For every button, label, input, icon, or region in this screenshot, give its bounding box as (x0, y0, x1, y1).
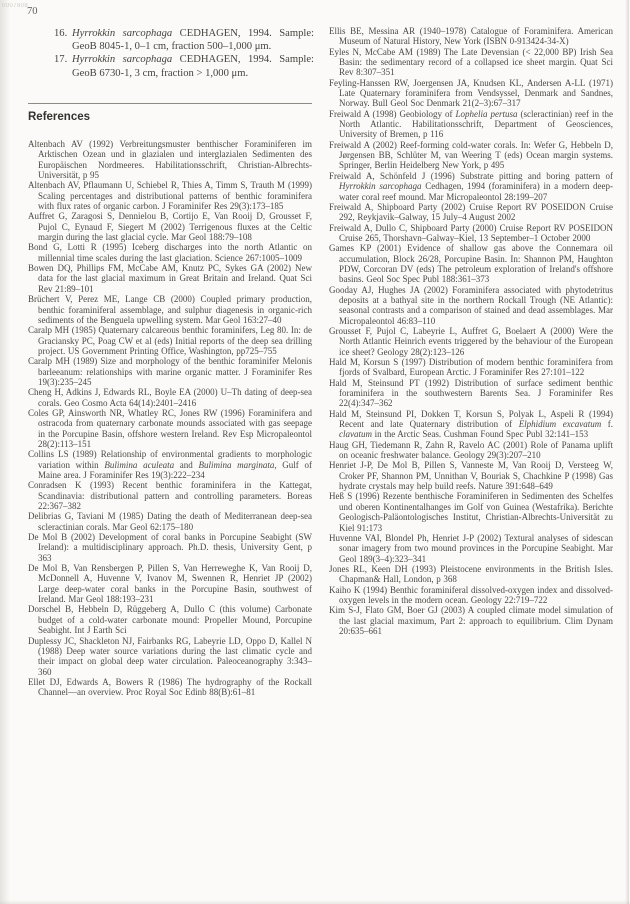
species-name: Elphidium excavatum (519, 419, 602, 429)
reference-entry: Brüchert V, Perez ME, Lange CB (2000) Co… (28, 294, 312, 325)
reference-text: De Mol B (2002) Development of coral ban… (28, 532, 312, 563)
species-name: Lophelia pertusa (456, 109, 518, 119)
paper-page: 0007808 70 16.Hyrrokkin sarcophaga CEDHA… (0, 0, 630, 904)
reference-text: Freiwald A, Shipboard Party (2002) Cruis… (329, 202, 613, 222)
reference-entry: Altenbach AV, Pflaumann U, Schiebel R, T… (28, 180, 312, 211)
reference-text: Cheng H, Adkins J, Edwards RL, Boyle EA … (28, 387, 312, 407)
reference-text: Haug GH, Tiedemann R, Zahn R, Ravelo AC … (329, 440, 613, 460)
reference-text: Kim S-J, Flato GM, Boer GJ (2003) A coup… (329, 605, 613, 636)
reference-text: f. (601, 419, 613, 429)
scan-edge-right (625, 0, 629, 904)
reference-entry: Huvenne VAI, Blondel Ph, Henriet J-P (20… (329, 533, 613, 564)
reference-entry: Bowen DQ, Phillips FM, McCabe AM, Knutz … (28, 263, 312, 294)
reference-entry: Duplessy JC, Shackleton NJ, Fairbanks RG… (28, 636, 312, 677)
reference-text: Henriet J-P, De Mol B, Pillen S, Vannest… (329, 460, 613, 491)
reference-text: Games KP (2001) Evidence of shallow gas … (329, 243, 613, 284)
reference-text: Brüchert V, Perez ME, Lange CB (2000) Co… (28, 294, 312, 325)
scan-artifact-text: 0007808 (2, 3, 28, 9)
reference-text: Freiwald A, Schönfeld J (1996) Substrate… (329, 171, 613, 181)
reference-text: Huvenne VAI, Blondel Ph, Henriet J-P (20… (329, 533, 613, 564)
reference-text: Jones RL, Keen DH (1993) Pleistocene env… (329, 564, 613, 584)
reference-entry: Delibrias G, Taviani M (1985) Dating the… (28, 511, 312, 532)
section-divider (28, 103, 312, 104)
reference-entry: Hald M, Korsun S (1997) Distribution of … (329, 357, 613, 378)
reference-text: Eyles N, McCabe AM (1989) The Late Deven… (329, 47, 613, 78)
reference-entry: Altenbach AV (1992) Verbreitungsmuster b… (28, 139, 312, 180)
reference-entry: Freiwald A (2002) Reef-forming cold-wate… (329, 140, 613, 171)
sample-list: 16.Hyrrokkin sarcophaga CEDHAGEN, 1994. … (54, 27, 314, 80)
reference-text: Bowen DQ, Phillips FM, McCabe AM, Knutz … (28, 263, 312, 294)
reference-text: Coles GP, Ainsworth NR, Whatley RC, Jone… (28, 408, 312, 449)
reference-entry: Coles GP, Ainsworth NR, Whatley RC, Jone… (28, 408, 312, 449)
reference-text: Caralp MH (1985) Quaternary calcareous b… (28, 325, 312, 356)
reference-text: De Mol B, Van Rensbergen P, Pillen S, Va… (28, 563, 312, 604)
reference-entry: Freiwald A (1998) Geobiology of Lophelia… (329, 109, 613, 140)
species-name: Hyrrokkin sarcophaga (339, 181, 422, 191)
reference-entry: Caralp MH (1989) Size and morphology of … (28, 356, 312, 387)
reference-entry: Gooday AJ, Hughes JA (2002) Foraminifera… (329, 285, 613, 326)
species-name: Hyrrokkin sarcophaga (72, 54, 172, 65)
species-name: clavatum (339, 429, 372, 439)
reference-text: Altenbach AV (1992) Verbreitungsmuster b… (28, 139, 312, 180)
sample-item-number: 17. (54, 53, 72, 79)
reference-entry: Auffret G, Zaragosi S, Dennielou B, Cort… (28, 211, 312, 242)
reference-entry: Heß S (1996) Rezente benthische Foramini… (329, 491, 613, 532)
reference-entry: Ellis BE, Messina AR (1940–1978) Catalog… (329, 26, 613, 47)
reference-text: Auffret G, Zaragosi S, Dennielou B, Cort… (28, 211, 312, 242)
reference-entry: Kim S-J, Flato GM, Boer GJ (2003) A coup… (329, 605, 613, 636)
species-name: Hyrrokkin sarcophaga (72, 28, 172, 39)
reference-text: Hald M, Korsun S (1997) Distribution of … (329, 357, 613, 377)
reference-text: Heß S (1996) Rezente benthische Foramini… (329, 491, 613, 532)
reference-entry: Conradsen K (1993) Recent benthic forami… (28, 480, 312, 511)
references-column-left: Altenbach AV (1992) Verbreitungsmuster b… (28, 139, 312, 698)
references-column-right: Ellis BE, Messina AR (1940–1978) Catalog… (329, 26, 613, 636)
reference-entry: Freiwald A, Dullo C, Shipboard Party (20… (329, 223, 613, 244)
reference-text: Bond G, Lotti R (1995) Iceberg discharge… (28, 242, 312, 262)
reference-text: Ellet DJ, Edwards A, Bowers R (1986) The… (28, 677, 312, 697)
scan-edge-bottom (0, 900, 630, 904)
reference-text: Feyling-Hanssen RW, Joergensen JA, Knuds… (329, 78, 613, 109)
reference-entry: Games KP (2001) Evidence of shallow gas … (329, 243, 613, 284)
reference-text: Kaiho K (1994) Benthic foraminiferal dis… (329, 585, 613, 605)
reference-entry: Caralp MH (1985) Quaternary calcareous b… (28, 325, 312, 356)
scan-edge-left (0, 0, 10, 904)
reference-text: Grousset F, Pujol C, Labeyrie L, Auffret… (329, 326, 613, 357)
reference-text: in the Arctic Seas. Cushman Found Spec P… (372, 429, 588, 439)
reference-text: Freiwald A, Dullo C, Shipboard Party (20… (329, 223, 613, 243)
reference-entry: De Mol B, Van Rensbergen P, Pillen S, Va… (28, 563, 312, 604)
reference-text: Duplessy JC, Shackleton NJ, Fairbanks RG… (28, 636, 312, 677)
page-number: 70 (27, 6, 38, 17)
reference-entry: Freiwald A, Shipboard Party (2002) Cruis… (329, 202, 613, 223)
sample-item-text: Hyrrokkin sarcophaga CEDHAGEN, 1994. Sam… (72, 27, 314, 53)
reference-text: Hald M, Steinsund PT (1992) Distribution… (329, 378, 613, 409)
sample-item-text: Hyrrokkin sarcophaga CEDHAGEN, 1994. Sam… (72, 53, 314, 79)
reference-entry: Haug GH, Tiedemann R, Zahn R, Ravelo AC … (329, 440, 613, 461)
reference-entry: Feyling-Hanssen RW, Joergensen JA, Knuds… (329, 78, 613, 109)
reference-entry: Collins LS (1989) Relationship of enviro… (28, 449, 312, 480)
reference-text: Caralp MH (1989) Size and morphology of … (28, 356, 312, 387)
species-name: Bulimina marginata (198, 460, 274, 470)
reference-entry: Bond G, Lotti R (1995) Iceberg discharge… (28, 242, 312, 263)
reference-text: Freiwald A (1998) Geobiology of (329, 109, 456, 119)
reference-entry: Cheng H, Adkins J, Edwards RL, Boyle EA … (28, 387, 312, 408)
sample-list-item: 16.Hyrrokkin sarcophaga CEDHAGEN, 1994. … (54, 27, 314, 53)
sample-item-number: 16. (54, 27, 72, 53)
reference-entry: Henriet J-P, De Mol B, Pillen S, Vannest… (329, 460, 613, 491)
reference-text: Ellis BE, Messina AR (1940–1978) Catalog… (329, 26, 613, 46)
species-name: Bulimina aculeata (104, 460, 174, 470)
reference-text: and (174, 460, 198, 470)
reference-text: Gooday AJ, Hughes JA (2002) Foraminifera… (329, 285, 613, 326)
reference-text: Freiwald A (2002) Reef-forming cold-wate… (329, 140, 613, 171)
reference-text: Conradsen K (1993) Recent benthic forami… (28, 480, 312, 511)
reference-entry: Ellet DJ, Edwards A, Bowers R (1986) The… (28, 677, 312, 698)
reference-entry: Eyles N, McCabe AM (1989) The Late Deven… (329, 47, 613, 78)
reference-entry: Dorschel B, Hebbeln D, Rüggeberg A, Dull… (28, 604, 312, 635)
reference-entry: Freiwald A, Schönfeld J (1996) Substrate… (329, 171, 613, 202)
references-heading: References (28, 111, 90, 123)
reference-entry: Grousset F, Pujol C, Labeyrie L, Auffret… (329, 326, 613, 357)
reference-entry: Hald M, Steinsund PT (1992) Distribution… (329, 378, 613, 409)
reference-text: Delibrias G, Taviani M (1985) Dating the… (28, 511, 312, 531)
sample-list-item: 17.Hyrrokkin sarcophaga CEDHAGEN, 1994. … (54, 53, 314, 79)
reference-text: Altenbach AV, Pflaumann U, Schiebel R, T… (28, 180, 312, 211)
reference-entry: Kaiho K (1994) Benthic foraminiferal dis… (329, 585, 613, 606)
reference-entry: De Mol B (2002) Development of coral ban… (28, 532, 312, 563)
reference-text: Dorschel B, Hebbeln D, Rüggeberg A, Dull… (28, 604, 312, 635)
reference-entry: Hald M, Steinsund PI, Dokken T, Korsun S… (329, 409, 613, 440)
reference-entry: Jones RL, Keen DH (1993) Pleistocene env… (329, 564, 613, 585)
